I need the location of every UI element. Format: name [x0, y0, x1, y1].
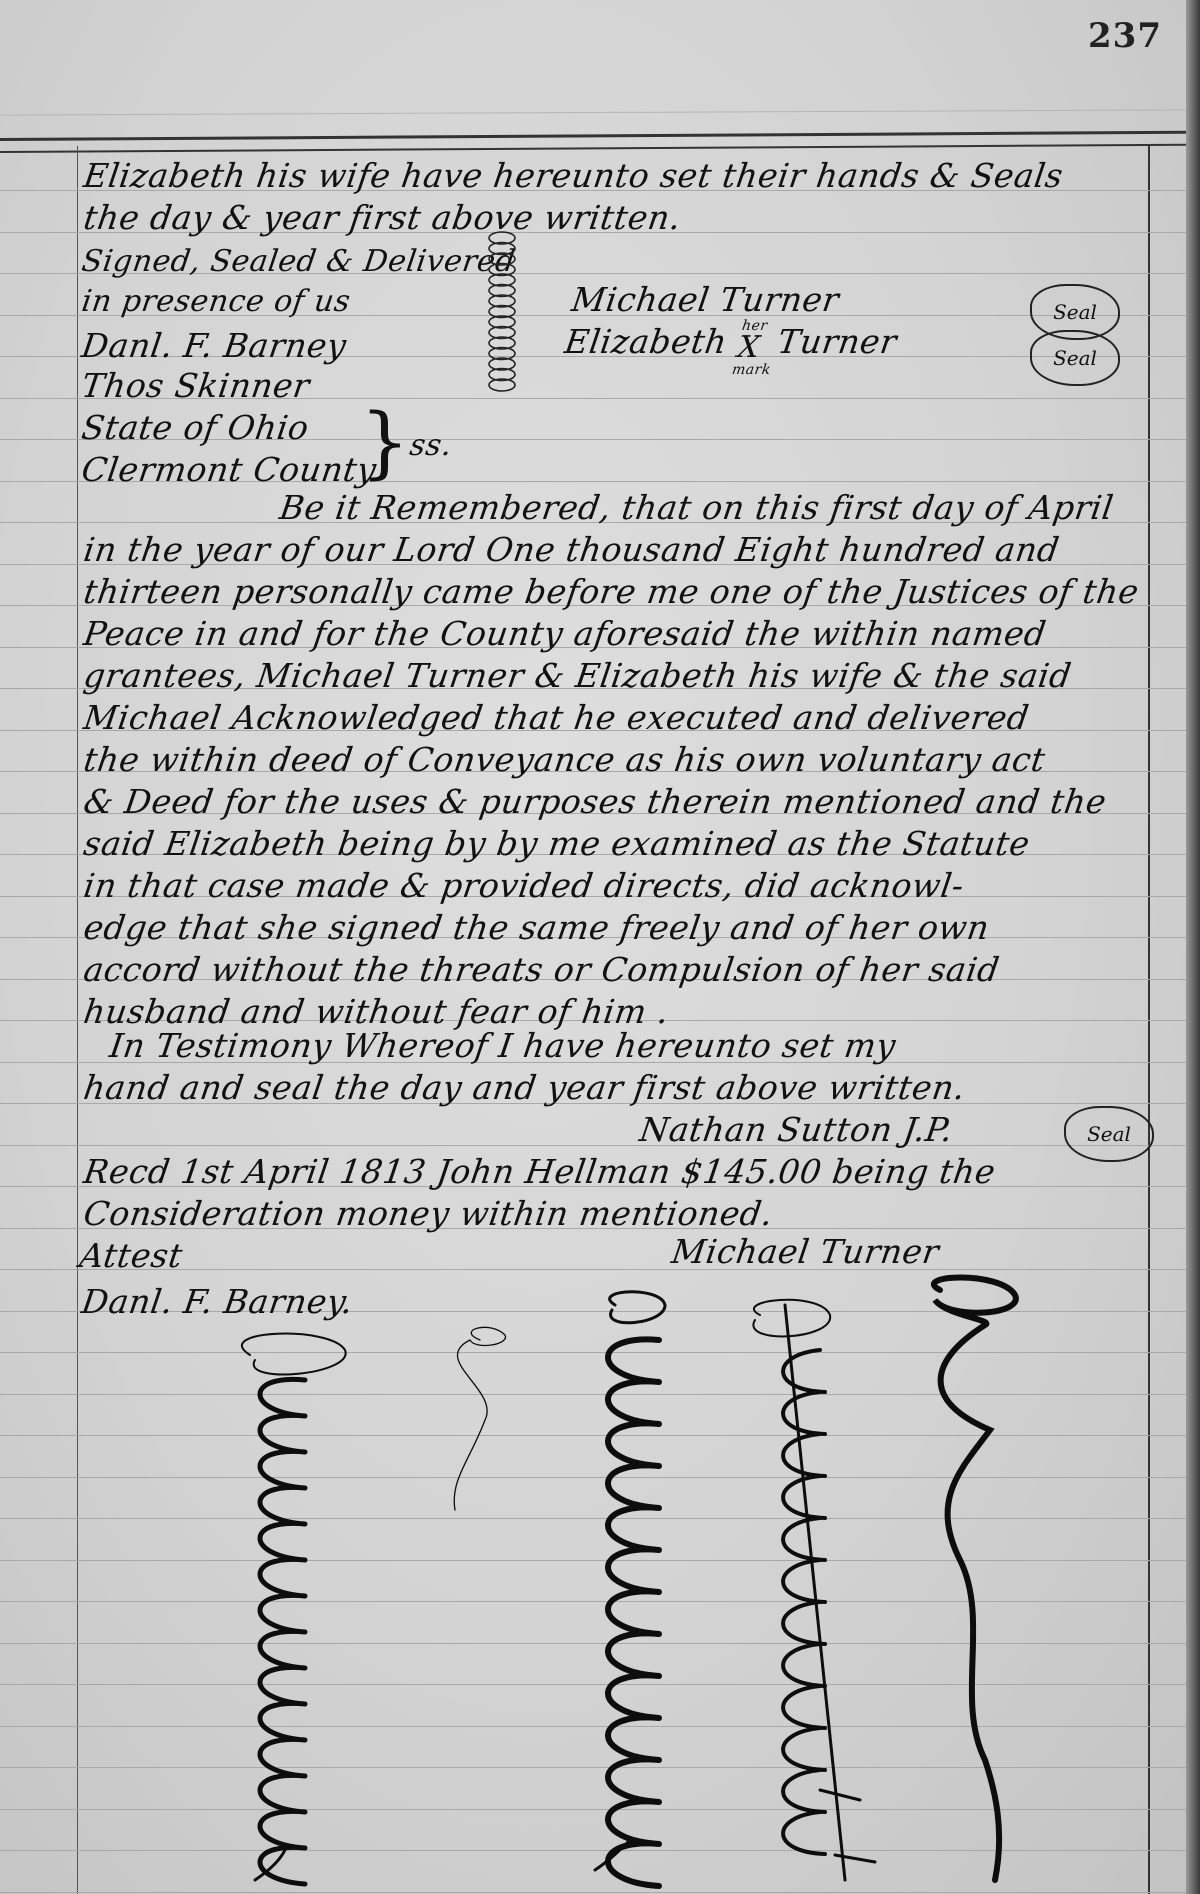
page-fill-flourishes-icon — [0, 0, 1200, 1894]
deed-record-page: 237 Elizabeth his wife have hereunto set… — [0, 0, 1200, 1894]
